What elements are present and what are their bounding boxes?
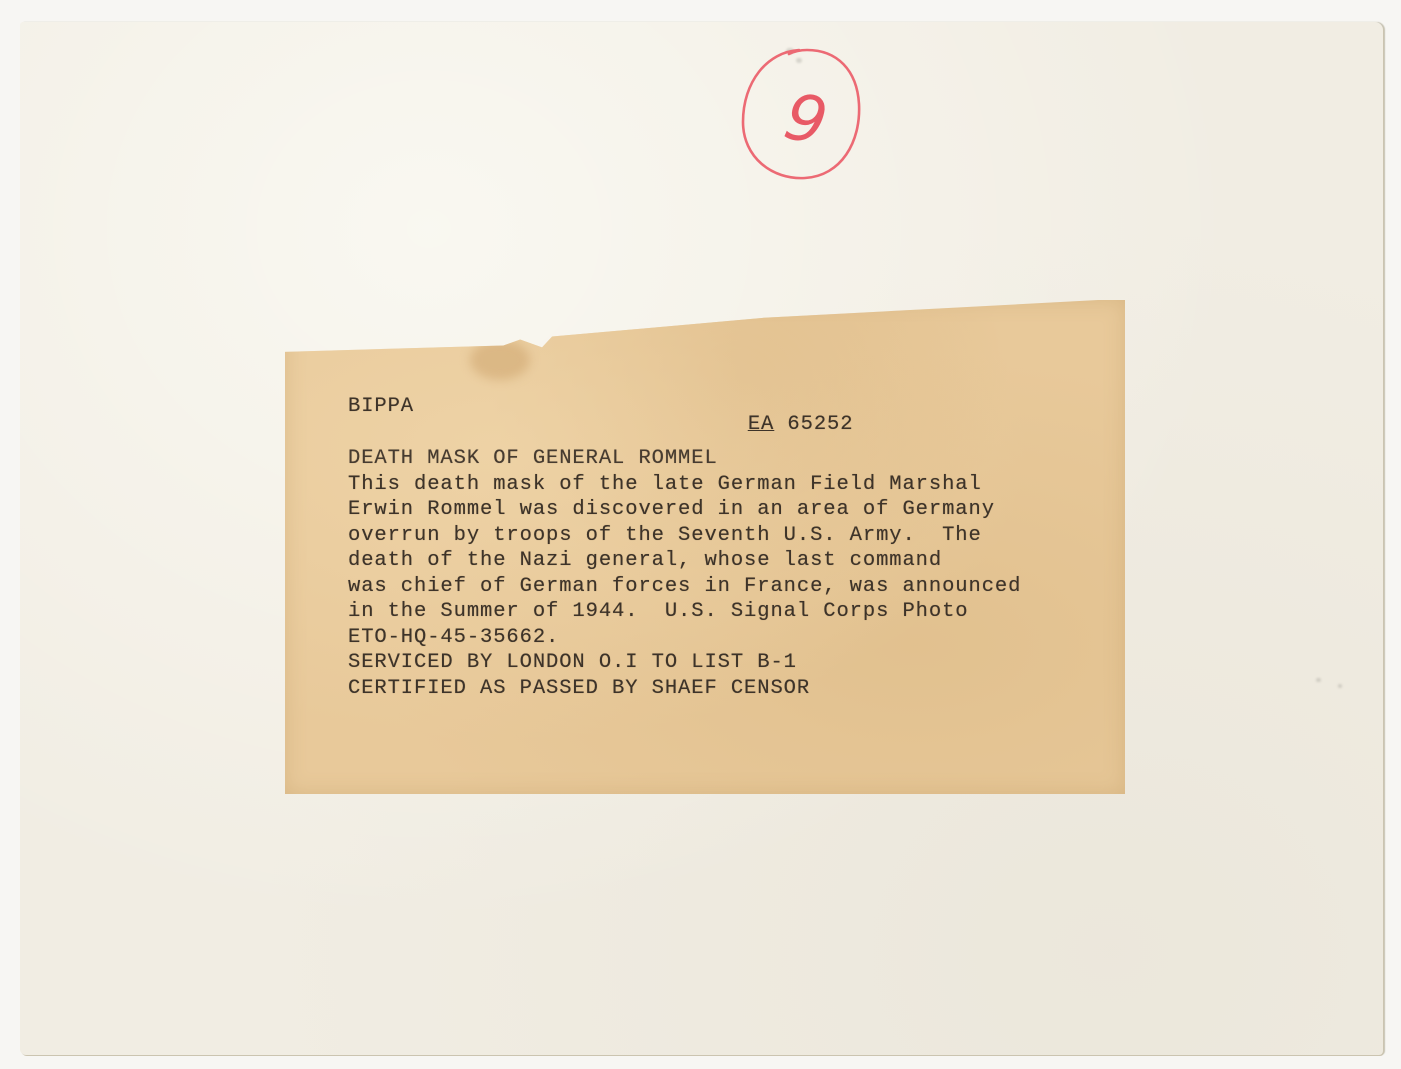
- caption-headline: DEATH MASK OF GENERAL ROMMEL: [348, 446, 1021, 472]
- service-line: SERVICED BY LONDON O.I TO LIST B-1: [348, 650, 1021, 676]
- mark-number: 9: [778, 80, 833, 161]
- caption-line: in the Summer of 1944. U.S. Signal Corps…: [348, 599, 1021, 625]
- caption-text-block: DEATH MASK OF GENERAL ROMMEL This death …: [348, 446, 1021, 701]
- dust-speck: [1338, 684, 1342, 688]
- caption-line: death of the Nazi general, whose last co…: [348, 548, 1021, 574]
- reference-number: 65252: [787, 413, 853, 436]
- red-pencil-circle-icon: 9: [737, 42, 865, 184]
- caption-label: BIPPA EA 65252 DEATH MASK OF GENERAL ROM…: [285, 300, 1125, 794]
- caption-line: Erwin Rommel was discovered in an area o…: [348, 497, 1021, 523]
- circled-number-mark: 9: [737, 42, 865, 184]
- reference-prefix: EA: [748, 413, 774, 436]
- agency-name: BIPPA: [348, 395, 414, 418]
- photo-id-line: ETO-HQ-45-35662.: [348, 625, 1021, 651]
- censor-line: CERTIFIED AS PASSED BY SHAEF CENSOR: [348, 676, 1021, 702]
- dust-speck: [1316, 678, 1321, 682]
- caption-line: was chief of German forces in France, wa…: [348, 574, 1021, 600]
- caption-line: This death mask of the late German Field…: [348, 472, 1021, 498]
- caption-line: overrun by troops of the Seventh U.S. Ar…: [348, 523, 1021, 549]
